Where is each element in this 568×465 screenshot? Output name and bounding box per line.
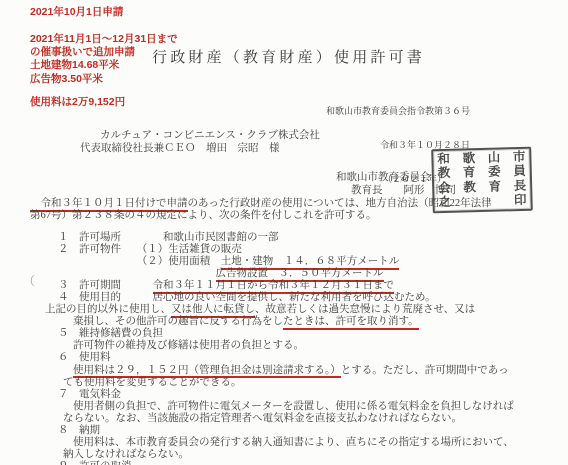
seal-text-row: 之印: [438, 194, 526, 209]
doc-line: ２ 許可物件 （１）生活雑貨の販売: [58, 244, 550, 256]
official-seal-stamp: 和歌山市教育委員会教育長之印: [431, 147, 533, 214]
annotation-line: 2021年11月1日～12月31日まで: [30, 33, 178, 46]
permit-conditions: １ 許可場所 和歌山市民図書館の一部２ 許可物件 （１）生活雑貨の販売 （２）使…: [30, 232, 550, 465]
doc-text: ３ 許可期間: [58, 280, 153, 291]
doc-text: １ 許可場所 和歌山市民図書館の一部: [58, 232, 279, 243]
doc-text: ６ 使用料: [58, 352, 111, 363]
doc-text: とする。ただし、許可期間中であっ: [341, 365, 509, 376]
doc-line: １ 許可場所 和歌山市民図書館の一部: [58, 232, 550, 244]
doc-text: ４ 使用目的 居心地の良い空間を提供し、新たな利用者を呼び込むため。: [58, 292, 436, 303]
doc-line: ７ 電気料金: [58, 389, 550, 401]
doc-line: 納入しなければならない。: [63, 449, 550, 461]
doc-text: 許可物件の維持及び修繕は使用者の負担とする。: [73, 340, 304, 351]
doc-text: 上記の目的以外に使用し、: [45, 304, 171, 315]
doc-line: （２）使用面積 土地・建物 １４．６８平方メートル: [58, 256, 550, 268]
doc-line: ９ 許可の取消: [58, 461, 550, 465]
doc-line: ３ 許可期間 令和３年１１月１日から令和３年１２月３１日まで: [58, 280, 550, 292]
annotation-usage-fee: 使用料は2万9,152円: [30, 96, 125, 109]
doc-text: ならない。なお、当該施設の指定管理者へ電気料金を直接支払わなければならない。: [63, 413, 462, 424]
stray-paren-mark: （: [23, 272, 35, 289]
doc-text: 使用料は、本市教育委員会の発行する納入通知書により、直ちにその指定する場所におい…: [73, 437, 514, 448]
doc-text: ５ 維持修繕費の負担: [58, 328, 163, 339]
doc-text: （２）使用面積: [58, 256, 221, 267]
doc-line: 上記の目的以外に使用し、又は他人に転貸し、故意若しくは過失怠慢により荒廃させ、又…: [45, 304, 550, 316]
doc-text: ７ 電気料金: [58, 389, 121, 400]
doc-text: 第67号）第２３８条の４の規定により、次の条件を付しこれを許可する。: [30, 210, 377, 221]
annotation-line: 広告物3.50平米: [30, 73, 178, 86]
doc-text: 、故意若しくは過失怠慢により荒廃させ、又は: [255, 304, 475, 315]
directive-number: 和歌山市教育委員会指令教第３６号: [326, 106, 470, 117]
doc-line: 使用料は２９，１５２円（管理負担金は別途請求する。）とする。ただし、許可期間中で…: [73, 365, 550, 377]
seal-text-row: 教育委員: [438, 165, 526, 180]
doc-line: ５ 維持修繕費の負担: [58, 328, 550, 340]
doc-line: ４ 使用目的 居心地の良い空間を提供し、新たな利用者を呼び込むため。: [58, 292, 550, 304]
doc-text: ても使用料を変更することができる。: [63, 377, 242, 388]
doc-line: 使用料は、本市教育委員会の発行する納入通知書により、直ちにその指定する場所におい…: [73, 437, 550, 449]
annotation-application-date: 2021年10月1日申請: [30, 6, 123, 19]
doc-text: 棄損し、その他許可の趣旨に反する行為をし: [73, 316, 283, 327]
doc-text: 使用者側の負担で、許可物件に電気メーターを設置し、使用に係る電気料金を負担しなけ…: [73, 401, 514, 412]
doc-line: ならない。なお、当該施設の指定管理者へ電気料金を直接支払わなければならない。: [63, 413, 550, 425]
addressee-representative: 代表取締役社長兼ＣＥＯ 増田 宗昭 様: [80, 140, 280, 155]
doc-line: 棄損し、その他許可の趣旨に反する行為をしたときは、許可を取り消す。: [73, 316, 550, 328]
doc-text: [58, 268, 216, 279]
doc-text: ８ 納期: [58, 425, 100, 436]
doc-line: ６ 使用料: [58, 352, 550, 364]
doc-line: ても使用料を変更することができる。: [63, 377, 550, 389]
scanned-permit-document: 2021年10月1日申請 2021年11月1日～12月31日までの催事扱いで追加…: [0, 0, 568, 465]
document-title: 行政財産（教育財産）使用許可書: [152, 46, 425, 67]
doc-line: ８ 納期: [58, 425, 550, 437]
doc-line: 使用者側の負担で、許可物件に電気メーターを設置し、使用に係る電気料金を負担しなけ…: [73, 401, 550, 413]
doc-line: 許可物件の維持及び修繕は使用者の負担とする。: [73, 340, 550, 352]
doc-text: ９ 許可の取消: [58, 461, 132, 465]
doc-text: ２ 許可物件 （１）生活雑貨の販売: [58, 244, 242, 255]
doc-text: 納入しなければならない。: [63, 449, 189, 460]
doc-line: 広告物設置 ３．５０平方メートル: [58, 268, 550, 280]
red-underlined-text: たときは、許可を取り消す。: [283, 316, 419, 330]
